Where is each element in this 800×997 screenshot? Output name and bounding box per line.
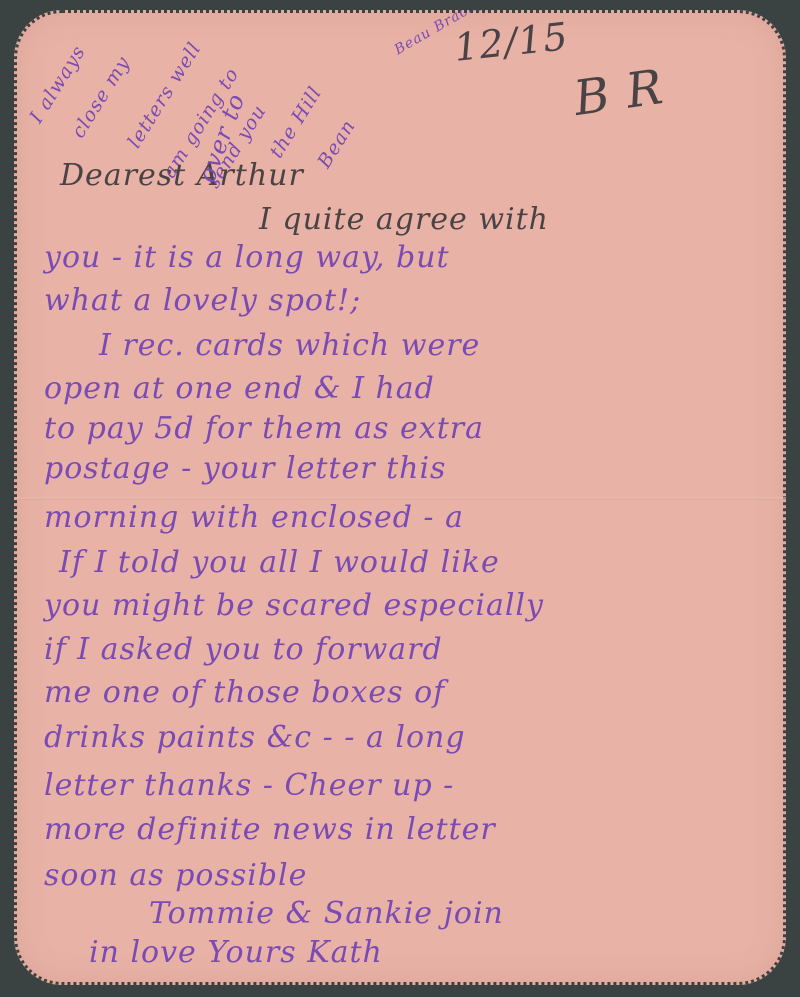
body-line: letter thanks - Cheer up - <box>44 768 454 803</box>
body-line: you - it is a long way, but <box>44 240 450 275</box>
date: 12/15 <box>452 14 570 70</box>
body-line: If I told you all I would like <box>59 545 500 580</box>
body-line: I rec. cards which were <box>99 328 480 363</box>
body-line: more definite news in letter <box>44 812 496 847</box>
body-line: open at one end & I had <box>44 371 435 406</box>
margin-note-line: Bean <box>313 116 360 172</box>
initials: B R <box>571 59 668 127</box>
body-line: soon as possible <box>44 858 307 893</box>
letter-card: I always close my letters well am going … <box>14 10 786 985</box>
body-line: postage - your letter this <box>44 451 446 486</box>
body-line: if I asked you to forward <box>44 632 443 667</box>
body-line: drinks paints &c - - a long <box>44 720 466 755</box>
body-line: you might be scared especially <box>44 588 544 623</box>
body-line: me one of those boxes of <box>44 675 445 710</box>
margin-note-line: the Hill <box>265 83 326 162</box>
body-line: morning with enclosed - a <box>44 500 464 535</box>
body-line: I quite agree with <box>259 202 549 237</box>
closing-line: in love Yours Kath <box>89 935 383 970</box>
body-line: what a lovely spot!; <box>44 283 361 318</box>
salutation: Dearest Arthur <box>60 158 304 193</box>
body-line: to pay 5d for them as extra <box>44 411 484 446</box>
body-line: Tommie & Sankie join <box>149 896 504 931</box>
